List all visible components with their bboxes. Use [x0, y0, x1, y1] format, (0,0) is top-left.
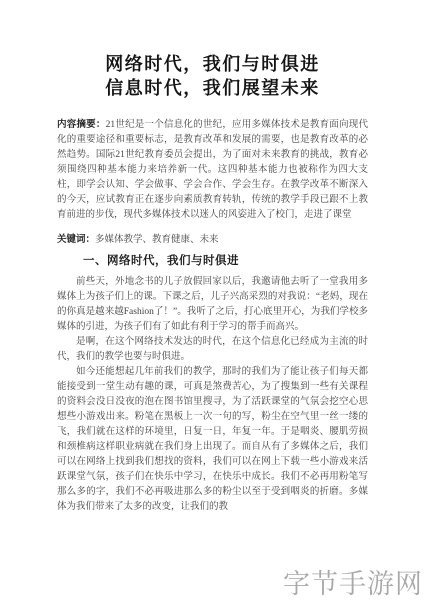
keywords-line: 关键词：多媒体教学、教育健康、未来	[57, 232, 368, 248]
page-content: 网络时代，我们与时俱进 信息时代，我们展望未来 内容摘要：21世纪是一个信息化的…	[57, 0, 368, 515]
document-title: 网络时代，我们与时俱进 信息时代，我们展望未来	[57, 52, 368, 100]
title-line-2: 信息时代，我们展望未来	[57, 76, 368, 100]
abstract-paragraph: 内容摘要：21世纪是一个信息化的世纪，应用多媒体技术是教育面向现代化的重要途径和…	[57, 117, 368, 223]
paragraph-2: 是啊，在这个网络技术发达的时代，在这个信息化已经成为主流的时代，我们的教学也要与…	[57, 335, 368, 365]
abstract-label: 内容摘要：	[57, 119, 106, 130]
keywords-text: 多媒体教学、教育健康、未来	[95, 235, 219, 245]
keywords-label: 关键词：	[57, 234, 95, 245]
body-text: 前些天，外地念书的儿子放假回家以后，我邀请他去听了一堂我用多媒体上为孩子们上的课…	[57, 275, 368, 515]
paragraph-3: 如今还能想起几年前我们的教学，那时的我们为了能让孩子们每天都能接受到一堂生动有趣…	[57, 365, 368, 515]
paragraph-1: 前些天，外地念书的儿子放假回家以后，我邀请他去听了一堂我用多媒体上为孩子们上的课…	[57, 275, 368, 335]
section-heading: 一、网络时代，我们与时俱进	[83, 254, 368, 269]
abstract-text: 21世纪是一个信息化的世纪，应用多媒体技术是教育面向现代化的重要途径和重要标志，…	[57, 120, 368, 220]
site-watermark: 字节手游网	[283, 562, 423, 600]
title-line-1: 网络时代，我们与时俱进	[57, 52, 368, 76]
document-page: 网络时代，我们与时俱进 信息时代，我们展望未来 内容摘要：21世纪是一个信息化的…	[0, 0, 424, 600]
